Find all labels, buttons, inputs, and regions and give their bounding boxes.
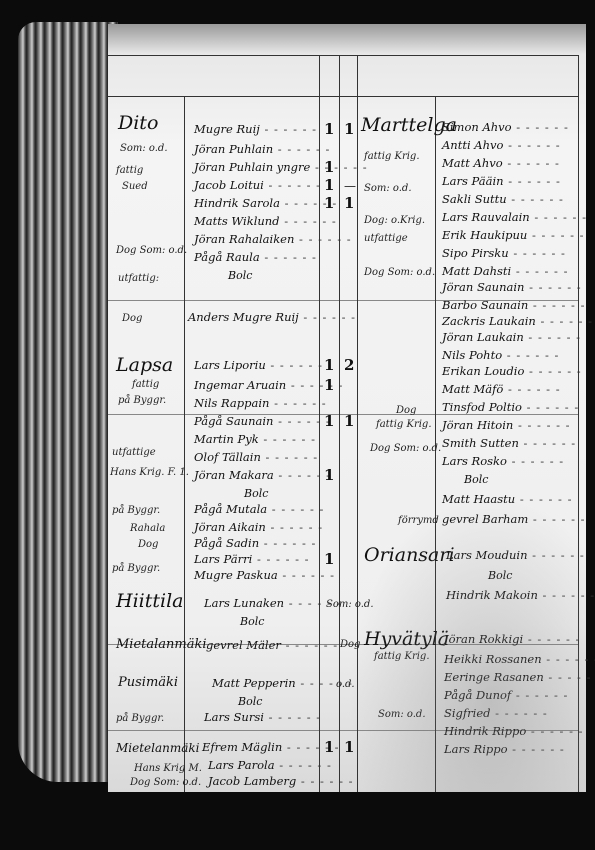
person-name: Matt Pepperin xyxy=(212,678,353,690)
person-name: Hindrik Makoin xyxy=(446,590,595,602)
person-name: Smith Sutten xyxy=(442,438,576,450)
bolc-annotation: Bolc xyxy=(464,474,488,485)
margin-note: Som: o.d. xyxy=(364,184,412,194)
person-name: Mugre Ruij xyxy=(194,124,317,136)
margin-note: fattig xyxy=(116,166,143,176)
margin-note: Hans Krig. F. 1. xyxy=(110,468,189,478)
person-name: Jöran Hitoin xyxy=(442,420,571,432)
village-name: Lapsa xyxy=(116,356,173,375)
person-name: Tinsfod Poltio xyxy=(442,402,579,414)
village-name: Hiittila xyxy=(116,592,183,611)
count-col1: 1 xyxy=(324,178,334,193)
margin-note: fattig Krig. xyxy=(364,152,420,162)
column-rule xyxy=(184,96,185,792)
margin-note: utfattige xyxy=(112,448,156,458)
person-name: gevrel Barham xyxy=(442,514,586,526)
margin-note: fattig Krig. xyxy=(374,652,430,662)
margin-note: på Byggr. xyxy=(112,564,160,574)
margin-note: Hans Krig M. xyxy=(134,764,202,774)
count-col2: 1 xyxy=(344,122,354,137)
count-col2: — xyxy=(344,180,356,192)
person-name: Pågå Mutala xyxy=(194,504,324,516)
margin-note: utfattig: xyxy=(118,274,159,284)
count-col1: 1 xyxy=(324,552,334,567)
person-name: Martin Pyk xyxy=(194,434,316,446)
margin-note: Dog xyxy=(396,406,416,416)
person-name: Matt Mäfö xyxy=(442,384,561,396)
count-col2: 1 xyxy=(344,414,354,429)
person-name: Nils Rappain xyxy=(194,398,327,410)
count-col1: 1 xyxy=(324,358,334,373)
village-name: Mietelanmäki xyxy=(116,742,200,754)
margin-note: på Byggr. xyxy=(116,714,164,724)
count-col2: 2 xyxy=(344,358,354,373)
person-name: Jöran Saunain xyxy=(442,282,582,294)
count-col1: 1 xyxy=(324,160,334,175)
person-name: Jöran Laukain xyxy=(442,332,581,344)
margin-note: Dog xyxy=(122,314,142,324)
bolc-annotation: Bolc xyxy=(238,696,262,707)
person-name: Eeringe Rasanen xyxy=(444,672,595,684)
person-name: Jacob Lamberg xyxy=(208,776,354,788)
village-name: Hyvätylä xyxy=(364,630,449,649)
person-name: Lars Lunaken xyxy=(204,598,341,610)
bolc-annotation: Bolc xyxy=(244,488,268,499)
margin-note: utfattige xyxy=(364,234,408,244)
person-name: Lars Rippo xyxy=(444,744,565,756)
margin-note: Rahala xyxy=(130,524,165,534)
status-note: Som: o.d. xyxy=(326,600,374,610)
person-name: Erik Haukipuu xyxy=(442,230,585,242)
person-name: Mugre Paskua xyxy=(194,570,335,582)
book-page-edges xyxy=(18,22,118,782)
person-name: Jöran Rahalaiken xyxy=(194,234,352,246)
person-name: Lars Rauvalain xyxy=(442,212,587,224)
person-name: Olof Tällain xyxy=(194,452,318,464)
count-col2: 1 xyxy=(344,740,354,755)
person-name: Hindrik Sarola xyxy=(194,198,337,210)
count-col2: 1 xyxy=(344,196,354,211)
person-name: Jöran Puhlain yngre xyxy=(194,162,368,174)
person-name: Efrem Mäglin xyxy=(202,742,340,754)
bolc-annotation: Bolc xyxy=(228,270,252,281)
person-name: Jöran Aikain xyxy=(194,522,323,534)
bolc-annotation: Bolc xyxy=(240,616,264,627)
margin-note: förrymd xyxy=(398,516,439,526)
person-name: Lars Liporiu xyxy=(194,360,323,372)
person-name: gevrel Mäler xyxy=(206,640,338,652)
count-col1: 1 xyxy=(324,740,334,755)
header-rule xyxy=(108,55,578,56)
person-name: Sigfried xyxy=(444,708,548,720)
person-name: Hindrik Rippo xyxy=(444,726,584,738)
margin-note: Som: o.d. xyxy=(378,710,426,720)
count-col1: 1 xyxy=(324,196,334,211)
person-name: Matt Dahsti xyxy=(442,266,568,278)
person-name: Heikki Rossanen xyxy=(444,654,595,666)
margin-note: fattig xyxy=(132,380,159,390)
person-name: Pågå Sadin xyxy=(194,538,316,550)
person-name: Jacob Loitui xyxy=(194,180,321,192)
margin-note: Dog xyxy=(138,540,158,550)
margin-note: Dog Som: o.d. xyxy=(370,444,441,454)
village-name: Mietalanmäki xyxy=(116,638,207,651)
margin-note: Sued xyxy=(122,182,148,192)
person-name: Lars Sursi xyxy=(204,712,321,724)
count-col1: 1 xyxy=(324,468,334,483)
person-name: Sipo Pirsku xyxy=(442,248,566,260)
person-name: Barbo Saunain xyxy=(442,300,585,312)
person-name: Matt Ahvo xyxy=(442,158,560,170)
margin-note: Dog: o.Krig. xyxy=(364,216,425,226)
ruled-line xyxy=(108,730,578,731)
margin-note: Dog Som: o.d. xyxy=(130,778,201,788)
margin-note: Dog Som: o.d. xyxy=(116,246,187,256)
header-rule xyxy=(108,96,578,97)
register-page: Dito Som: o.d. fattig Sued Dog Som: o.d.… xyxy=(108,24,586,792)
margin-note: fattig Krig. xyxy=(376,420,432,430)
village-name: Oriansari xyxy=(364,546,455,565)
person-name: Sakli Suttu xyxy=(442,194,564,206)
village-name: Pusimäki xyxy=(118,676,178,689)
status-note: o.d. xyxy=(336,680,355,690)
person-name: Erikan Loudio xyxy=(442,366,582,378)
person-name: Pågå Saunain xyxy=(194,416,331,428)
person-name: Ingemar Aruain xyxy=(194,380,343,392)
column-rule xyxy=(578,55,579,792)
status-note: Dog xyxy=(340,640,360,650)
margin-note: på Byggr. xyxy=(118,396,166,406)
person-name: Antti Ahvo xyxy=(442,140,561,152)
person-name: Matt Haastu xyxy=(442,494,572,506)
bolc-annotation: Bolc xyxy=(488,570,512,581)
margin-note: på Byggr. xyxy=(112,506,160,516)
person-name: Lars Mouduin xyxy=(446,550,585,562)
count-col1: 1 xyxy=(324,378,334,393)
person-name: Lars Parola xyxy=(208,760,332,772)
person-name: Jöran Puhlain xyxy=(194,144,330,156)
person-name: Jöran Rokkigi xyxy=(444,634,580,646)
village-name: Dito xyxy=(118,114,158,133)
person-name: Anders Mugre Ruij xyxy=(188,312,356,324)
ruled-line xyxy=(108,414,578,415)
count-col1: 1 xyxy=(324,122,334,137)
person-name: Simon Ahvo xyxy=(442,122,569,134)
margin-note: Dog Som: o.d. xyxy=(364,268,435,278)
person-name: Matts Wiklund xyxy=(194,216,337,228)
person-name: Lars Pärri xyxy=(194,554,310,566)
person-name: Pågå Dunof xyxy=(444,690,568,702)
person-name: Lars Pääin xyxy=(442,176,561,188)
person-name: Lars Rosko xyxy=(442,456,564,468)
person-name: Pågå Raula xyxy=(194,252,317,264)
person-name: Nils Pohto xyxy=(442,350,559,362)
margin-note: Som: o.d. xyxy=(120,144,168,154)
count-col1: 1 xyxy=(324,414,334,429)
person-name: Zackris Laukain xyxy=(442,316,593,328)
person-name: Jöran Makara xyxy=(194,470,331,482)
